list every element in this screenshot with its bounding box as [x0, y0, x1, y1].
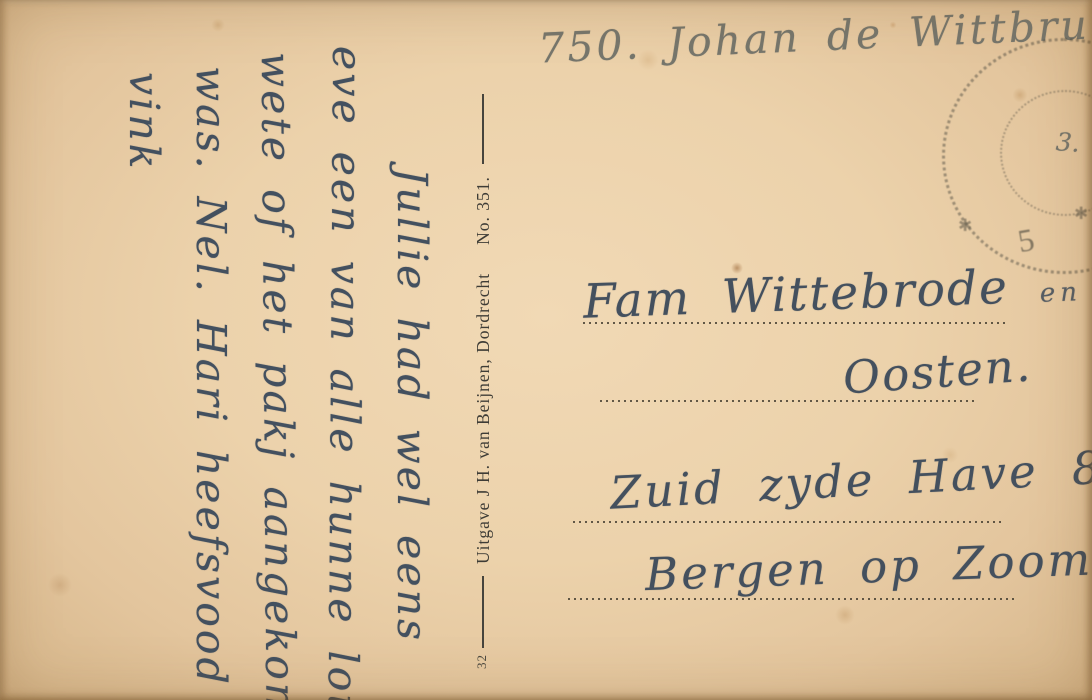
message-line: Jullie had wel eens — [378, 28, 445, 700]
message-line: eve een van alle hunne lote — [309, 28, 381, 700]
address-dotted-rule — [600, 400, 975, 402]
address-line-city: Bergen op Zoom. — [644, 532, 1092, 601]
address-line-2: Oosten. — [841, 338, 1033, 404]
address-line-street: Zuid zyde Have 81 — [609, 439, 1092, 519]
postmark: 5 ✱ ✱ — [942, 38, 1092, 278]
postmark-star-icon: ✱ — [1074, 204, 1088, 224]
divider-rule — [482, 576, 484, 648]
message-line: was. Nel. Hari heefsvood — [177, 28, 244, 700]
publisher-divider: Uitgave J H. van Beijnen, Dordrecht No. … — [470, 68, 496, 648]
series-number: No. 351. — [473, 176, 494, 245]
address-dotted-rule — [573, 521, 1001, 523]
address-dotted-rule — [568, 598, 1015, 600]
address-line-name: Fam Wittebrode en — [582, 257, 1083, 329]
postcard-back: Jullie had wel eens eve een van alle hun… — [0, 0, 1092, 700]
addressee-name: Fam Wittebrode — [582, 260, 1009, 330]
divider-rule — [482, 94, 484, 164]
handwritten-message-block: Jullie had wel eens eve een van alle hun… — [97, 28, 445, 700]
addressee-name-flourish: en — [1039, 277, 1082, 308]
postmark-star-icon: ✱ — [958, 216, 972, 236]
message-line: vink — [110, 28, 177, 700]
message-line: wete of het pakj aangekome — [242, 28, 314, 700]
publisher-imprint: Uitgave J H. van Beijnen, Dordrecht — [473, 273, 494, 564]
plate-number: 32 — [474, 654, 490, 669]
